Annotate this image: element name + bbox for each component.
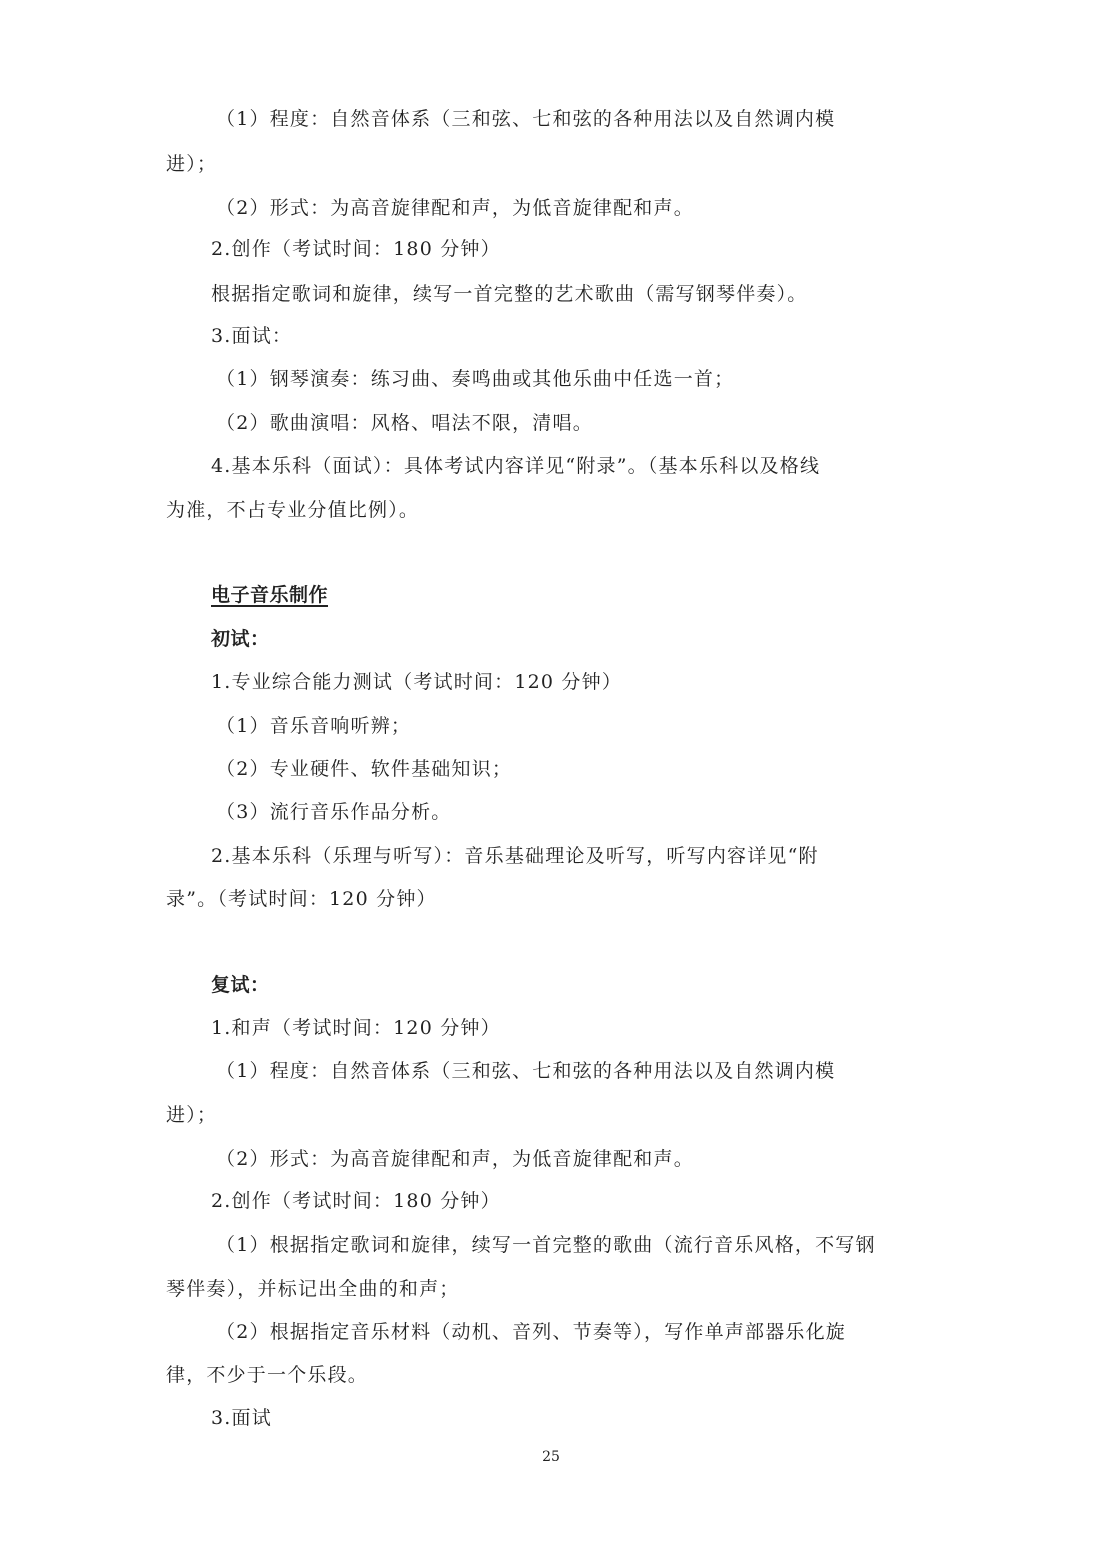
retest-composition-item: 2.创作（考试时间：180 分钟） [211,1188,983,1214]
song-continuation-line: （1）根据指定歌词和旋律，续写一首完整的歌曲（流行音乐风格，不写钢 [216,1232,988,1258]
comprehensive-test-item: 1.专业综合能力测试（考试时间：120 分钟） [211,669,983,695]
harmony-item: 1.和声（考试时间：120 分钟） [211,1015,983,1041]
singing-line: （2）歌曲演唱：风格、唱法不限，清唱。 [216,410,988,436]
song-continuation-line-wrap: 琴伴奏），并标记出全曲的和声； [166,1276,938,1302]
composition-desc: 根据指定歌词和旋律，续写一首完整的艺术歌曲（需写钢琴伴奏）。 [211,281,983,307]
retest-harmony-form-line: （2）形式：为高音旋律配和声，为低音旋律配和声。 [216,1146,988,1172]
composition-item: 2.创作（考试时间：180 分钟） [211,236,983,262]
retest-heading: 复试： [211,972,983,998]
hardware-software-line: （2）专业硬件、软件基础知识； [216,756,988,782]
basic-music-item: 4.基本乐科（面试）：具体考试内容详见“附录”。（基本乐科以及格线 [211,453,983,479]
page-number: 25 [0,1449,1102,1465]
harmony-form-line: （2）形式：为高音旋律配和声，为低音旋律配和声。 [216,195,988,221]
instrumental-melody-line-wrap: 律，不少于一个乐段。 [166,1362,938,1388]
retest-harmony-level-line-wrap: 进）； [166,1102,938,1128]
interview-item: 3.面试： [211,323,983,349]
pop-analysis-line: （3）流行音乐作品分析。 [216,799,988,825]
basic-music-item-wrap: 为准，不占专业分值比例）。 [166,497,938,523]
instrumental-melody-line: （2）根据指定音乐材料（动机、音列、节奏等），写作单声部器乐化旋 [216,1319,988,1345]
document-page: （1）程度：自然音体系（三和弦、七和弦的各种用法以及自然调内模 进）； （2）形… [0,0,1102,1559]
retest-harmony-level-line: （1）程度：自然音体系（三和弦、七和弦的各种用法以及自然调内模 [216,1058,988,1084]
preliminary-heading: 初试： [211,626,983,652]
harmony-level-line: （1）程度：自然音体系（三和弦、七和弦的各种用法以及自然调内模 [216,106,988,132]
retest-interview-item: 3.面试 [211,1405,983,1431]
harmony-level-line-wrap: 进）； [166,151,938,177]
music-theory-item: 2.基本乐科（乐理与听写）：音乐基础理论及听写，听写内容详见“附 [211,843,983,869]
music-theory-item-wrap: 录”。（考试时间：120 分钟） [166,886,938,912]
section-title-electronic-music: 电子音乐制作 [211,582,983,608]
piano-performance-line: （1）钢琴演奏：练习曲、奏鸣曲或其他乐曲中任选一首； [216,366,988,392]
listening-line: （1）音乐音响听辨； [216,713,988,739]
